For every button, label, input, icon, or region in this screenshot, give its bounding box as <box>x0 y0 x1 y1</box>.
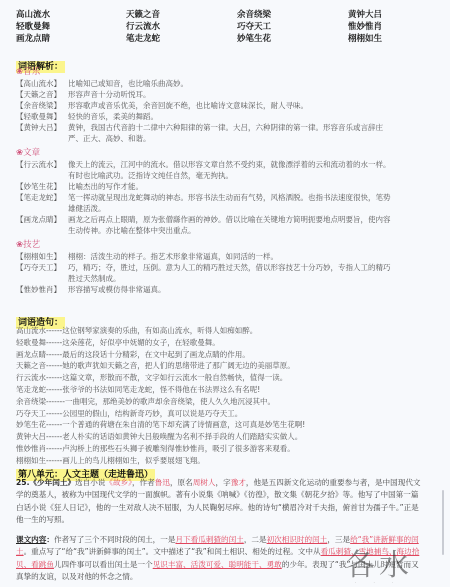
category-writing: ❀文章 <box>16 148 40 158</box>
dash: ------ <box>46 361 62 370</box>
def-term: 【妙笔生花】 <box>16 181 68 192</box>
category-craft: ❀技艺 <box>16 240 40 250</box>
idiom: 栩栩如生 <box>348 34 416 44</box>
idiom: 黄钟大吕 <box>348 10 416 20</box>
lesson-text: ，原名 <box>170 478 193 487</box>
highlight-red-underlined: 月下看瓜刺猹的闰土 <box>175 535 243 544</box>
def-term: 【栩栩如生】 <box>16 251 68 262</box>
sentence-item: 黄钟大吕------老人朴实的话语如黄钟大吕般唤醒为名利不择手段的人们踏踏实实做… <box>16 431 416 443</box>
dash: ------ <box>46 338 62 347</box>
def-term: 【行云流水】 <box>16 159 68 181</box>
def-text: 像天上的流云，江河中的流水。借以形容文章自然不受约束，就像漂浮着的云和流动着的水… <box>68 159 396 181</box>
sentence-term: 笔走龙蛇 <box>16 385 46 394</box>
watermark-subtext: · · · <box>355 580 401 585</box>
content-text: 。重点写了“给“我”讲新鲜事的闰土”。文中描述了“我”和闰土相识、相处的过程。文… <box>24 547 321 556</box>
content-colon: ： <box>46 535 54 544</box>
sentence-text: 卢沟桥上的那些石头狮子被雕刻得惟妙惟肖，吸引了很多游客来观看。 <box>62 444 295 453</box>
sentence-text: 一个普通的荷塘在朱自清的笔下却充满了诗情画意，这可真是妙笔生花啊! <box>62 420 305 429</box>
sentence-item: 妙笔生花------一个普通的荷塘在朱自清的笔下却充满了诗情画意，这可真是妙笔生… <box>16 419 416 431</box>
def-text: 比喻杰出的写作才能。 <box>68 181 396 192</box>
sentence-term: 行云流水 <box>16 373 46 382</box>
lesson-text: ，字 <box>216 478 231 487</box>
definitions-music: 【高山流水】比喻知己或知音，也比喻乐曲高妙。 【天籁之音】形容声音十分动听悦耳。… <box>16 78 396 144</box>
watermark-logo: 各水网 <box>345 540 445 585</box>
def-text: 笔一挥动就呈现出龙蛇舞动的神态。形容书法生动而有气势，风格洒脱。也指书法速度很快… <box>68 192 396 214</box>
def-term: 【轻歌曼舞】 <box>16 111 68 122</box>
def-text: 形容描写或模仿得非常逼真。 <box>68 284 396 295</box>
content-text: ，二是 <box>244 535 267 544</box>
sentence-item: 天籁之音------她的歌声犹如天籁之音，把人们的思绪带进了那广阔无边的美丽草原… <box>16 360 416 372</box>
def-term: 【天籁之音】 <box>16 89 68 100</box>
sentence-item: 余音绕梁-------一曲唱完，那绝美妙的歌声却余音绕梁，使人久久地沉浸其中。 <box>16 396 416 408</box>
sentence-term: 黄钟大吕 <box>16 432 46 441</box>
idioms-grid: 高山流水 天籁之音 余音绕梁 黄钟大吕 轻歌曼舞 行云流水 巧夺天工 惟妙惟肖 … <box>16 10 416 44</box>
highlight-red-underlined: 见识丰富、活泼可爱、聪明能干、勇敢 <box>153 560 282 569</box>
dash: ------ <box>46 373 62 382</box>
def-text: 巧，精巧；夺，胜过，压倒。意为人工的精巧胜过天然，借以形容技艺十分巧妙，专指人工… <box>68 262 396 284</box>
dash: ------ <box>46 350 62 359</box>
sentence-item: 轻歌曼舞------这朵莲花，好似亭中妩媚的女子，在轻歌曼舞。 <box>16 337 416 349</box>
sentences-list: 高山流水------这位钢琴家演奏的乐曲，有如高山流水，听得人如痴如醉。 轻歌曼… <box>16 325 416 467</box>
definition-row: 【笔走龙蛇】笔一挥动就呈现出龙蛇舞动的神态。形容书法生动而有气势，风格洒脱。也指… <box>16 192 396 214</box>
idiom: 妙笔生花 <box>237 34 348 44</box>
def-term: 【巧夺天工】 <box>16 262 68 284</box>
idiom: 轻歌曼舞 <box>16 22 126 32</box>
dash: ------ <box>46 409 62 418</box>
idiom: 画龙点睛 <box>16 34 126 44</box>
def-term: 【惟妙惟肖】 <box>16 284 68 295</box>
def-term: 【高山流水】 <box>16 78 68 89</box>
lesson-intro: 25.《少年闰土》选自小说《故乡》，作者鲁迅，原名周树人，字豫才，他是五四新文化… <box>16 477 426 526</box>
definition-row: 【行云流水】像天上的流云，江河中的流水。借以形容文章自然不受约束，就像漂浮着的云… <box>16 159 396 181</box>
def-term: 【黄钟大吕】 <box>16 122 68 144</box>
dash: ------ <box>46 326 62 335</box>
content-text: 儿四件事可以看出闰土是一个 <box>54 560 153 569</box>
highlight-red: 鲁迅 <box>155 478 170 487</box>
definition-row: 【天籁之音】形容声音十分动听悦耳。 <box>16 89 396 100</box>
sentence-text: 公园里的假山，结构新奇巧妙，真可以说是巧夺天工。 <box>62 409 242 418</box>
dash: ------ <box>46 420 62 429</box>
sentence-text: 她的歌声犹如天籁之音，把人们的思绪带进了那广阔无边的美丽草原。 <box>62 361 295 370</box>
sentence-text: 最后的这段话十分精彩，在文中起到了画龙点睛的作用。 <box>62 350 250 359</box>
def-text: 轻快的音乐，柔美的舞蹈。 <box>68 111 396 122</box>
category-music: ❀音乐 <box>16 67 40 77</box>
definition-row: 【高山流水】比喻知己或知音，也比喻乐曲高妙。 <box>16 78 396 89</box>
sentence-item: 巧夺天工------公园里的假山，结构新奇巧妙，真可以说是巧夺天工。 <box>16 408 416 420</box>
document-page: 高山流水 天籁之音 余音绕梁 黄钟大吕 轻歌曼舞 行云流水 巧夺天工 惟妙惟肖 … <box>0 0 450 587</box>
dash: ------ <box>46 444 62 453</box>
lesson-text: ，作者 <box>132 478 155 487</box>
definitions-craft: 【栩栩如生】栩栩：活泼生动的样子。指艺术形象非常逼真，如同活的一样。 【巧夺天工… <box>16 251 396 295</box>
def-text: 形容声音十分动听悦耳。 <box>68 89 396 100</box>
definition-row: 【轻歌曼舞】轻快的音乐，柔美的舞蹈。 <box>16 111 396 122</box>
sentence-text: 这篇文章，形散而不散，文字如行云流水一般自然畅快，值得一读。 <box>62 373 287 382</box>
definition-row: 【惟妙惟肖】形容描写或模仿得非常逼真。 <box>16 284 396 295</box>
sentence-item: 高山流水------这位钢琴家演奏的乐曲，有如高山流水，听得人如痴如醉。 <box>16 325 416 337</box>
sentence-item: 行云流水------这篇文章，形散而不散，文字如行云流水一般自然畅快，值得一读。 <box>16 372 416 384</box>
sentence-text: 一曲唱完，那绝美妙的歌声却余音绕梁，使人久久地沉浸其中。 <box>65 397 275 406</box>
sentence-term: 高山流水 <box>16 326 46 335</box>
sentence-text: 这朵莲花，好似亭中妩媚的女子，在轻歌曼舞。 <box>62 338 220 347</box>
def-term: 【余音绕梁】 <box>16 100 68 111</box>
definition-row: 【妙笔生花】比喻杰出的写作才能。 <box>16 181 396 192</box>
idiom: 笔走龙蛇 <box>126 34 237 44</box>
sentence-item: 惟妙惟肖------卢沟桥上的那些石头狮子被雕刻得惟妙惟肖，吸引了很多游客来观看… <box>16 443 416 455</box>
idiom: 余音绕梁 <box>237 10 348 20</box>
sentence-text: 这位钢琴家演奏的乐曲，有如高山流水，听得人如痴如醉。 <box>62 326 257 335</box>
def-text: 黄钟，我国古代音韵十二律中六种阳律的第一律。大吕，六种阴律的第一律。形容音乐或言… <box>68 122 396 144</box>
idiom: 行云流水 <box>126 22 237 32</box>
lesson-number: 25. <box>16 478 29 487</box>
def-text: 画龙之后再点上眼睛，原为张僧繇作画的神妙。借以比喻在关键地方简明扼要地点明要旨，… <box>68 214 396 236</box>
sentence-text: 张爷爷的书法如同笔走龙蛇，怪不得他在书法界这么有名呢! <box>62 385 260 394</box>
sentence-item: 画龙点睛------最后的这段话十分精彩，在文中起到了画龙点睛的作用。 <box>16 349 416 361</box>
lesson-name: 《少年闰土》 <box>29 478 75 487</box>
definition-row: 【黄钟大吕】黄钟，我国古代音韵十二律中六种阳律的第一律。大吕，六种阴律的第一律。… <box>16 122 396 144</box>
dash: ------ <box>46 385 62 394</box>
definition-row: 【余音绕梁】形容歌声或音乐优美，余音回旋不绝，也比喻诗文意味深长，耐人寻味。 <box>16 100 396 111</box>
dash: ------ <box>46 432 62 441</box>
dash: ------- <box>46 397 65 406</box>
idiom: 高山流水 <box>16 10 126 20</box>
idiom: 巧夺天工 <box>237 22 348 32</box>
highlight-red: 周树人 <box>193 478 216 487</box>
sentence-term: 惟妙惟肖 <box>16 444 46 453</box>
sentence-term: 天籁之音 <box>16 361 46 370</box>
def-text: 形容歌声或音乐优美，余音回旋不绝，也比喻诗文意味深长，耐人寻味。 <box>68 100 396 111</box>
highlight-red: 豫才 <box>231 478 246 487</box>
lesson-text: 选自小说 <box>75 478 105 487</box>
definition-row: 【栩栩如生】栩栩：活泼生动的样子。指艺术形象非常逼真，如同活的一样。 <box>16 251 396 262</box>
definition-row: 【巧夺天工】巧，精巧；夺，胜过，压倒。意为人工的精巧胜过天然，借以形容技艺十分巧… <box>16 262 396 284</box>
sentence-term: 巧夺天工 <box>16 409 46 418</box>
sentence-term: 轻歌曼舞 <box>16 338 46 347</box>
def-text: 比喻知己或知音，也比喻乐曲高妙。 <box>68 78 396 89</box>
idiom: 天籁之音 <box>126 10 237 20</box>
sentence-term: 余音绕梁 <box>16 397 46 406</box>
sentence-item: 笔走龙蛇------张爷爷的书法如同笔走龙蛇，怪不得他在书法界这么有名呢! <box>16 384 416 396</box>
definition-row: 【画龙点睛】画龙之后再点上眼睛，原为张僧繇作画的神妙。借以比喻在关键地方简明扼要… <box>16 214 396 236</box>
def-text: 栩栩：活泼生动的样子。指艺术形象非常逼真，如同活的一样。 <box>68 251 396 262</box>
highlight-red-underlined: 初次相识时的闰土 <box>267 535 328 544</box>
sentence-term: 画龙点睛 <box>16 350 46 359</box>
def-term: 【笔走龙蛇】 <box>16 192 68 214</box>
content-text: 作者写了三个不同时段的闰土，一是 <box>54 535 176 544</box>
def-term: 【画龙点睛】 <box>16 214 68 236</box>
sentence-term: 妙笔生花 <box>16 420 46 429</box>
highlight-red: 《故乡》 <box>105 478 132 487</box>
definitions-writing: 【行云流水】像天上的流云，江河中的流水。借以形容文章自然不受约束，就像漂浮着的云… <box>16 159 396 236</box>
content-label: 课文内容 <box>16 535 46 544</box>
idiom: 惟妙惟肖 <box>348 22 416 32</box>
sentence-text: 老人朴实的话语如黄钟大吕般唤醒为名利不择手段的人们踏踏实实做人。 <box>62 432 302 441</box>
